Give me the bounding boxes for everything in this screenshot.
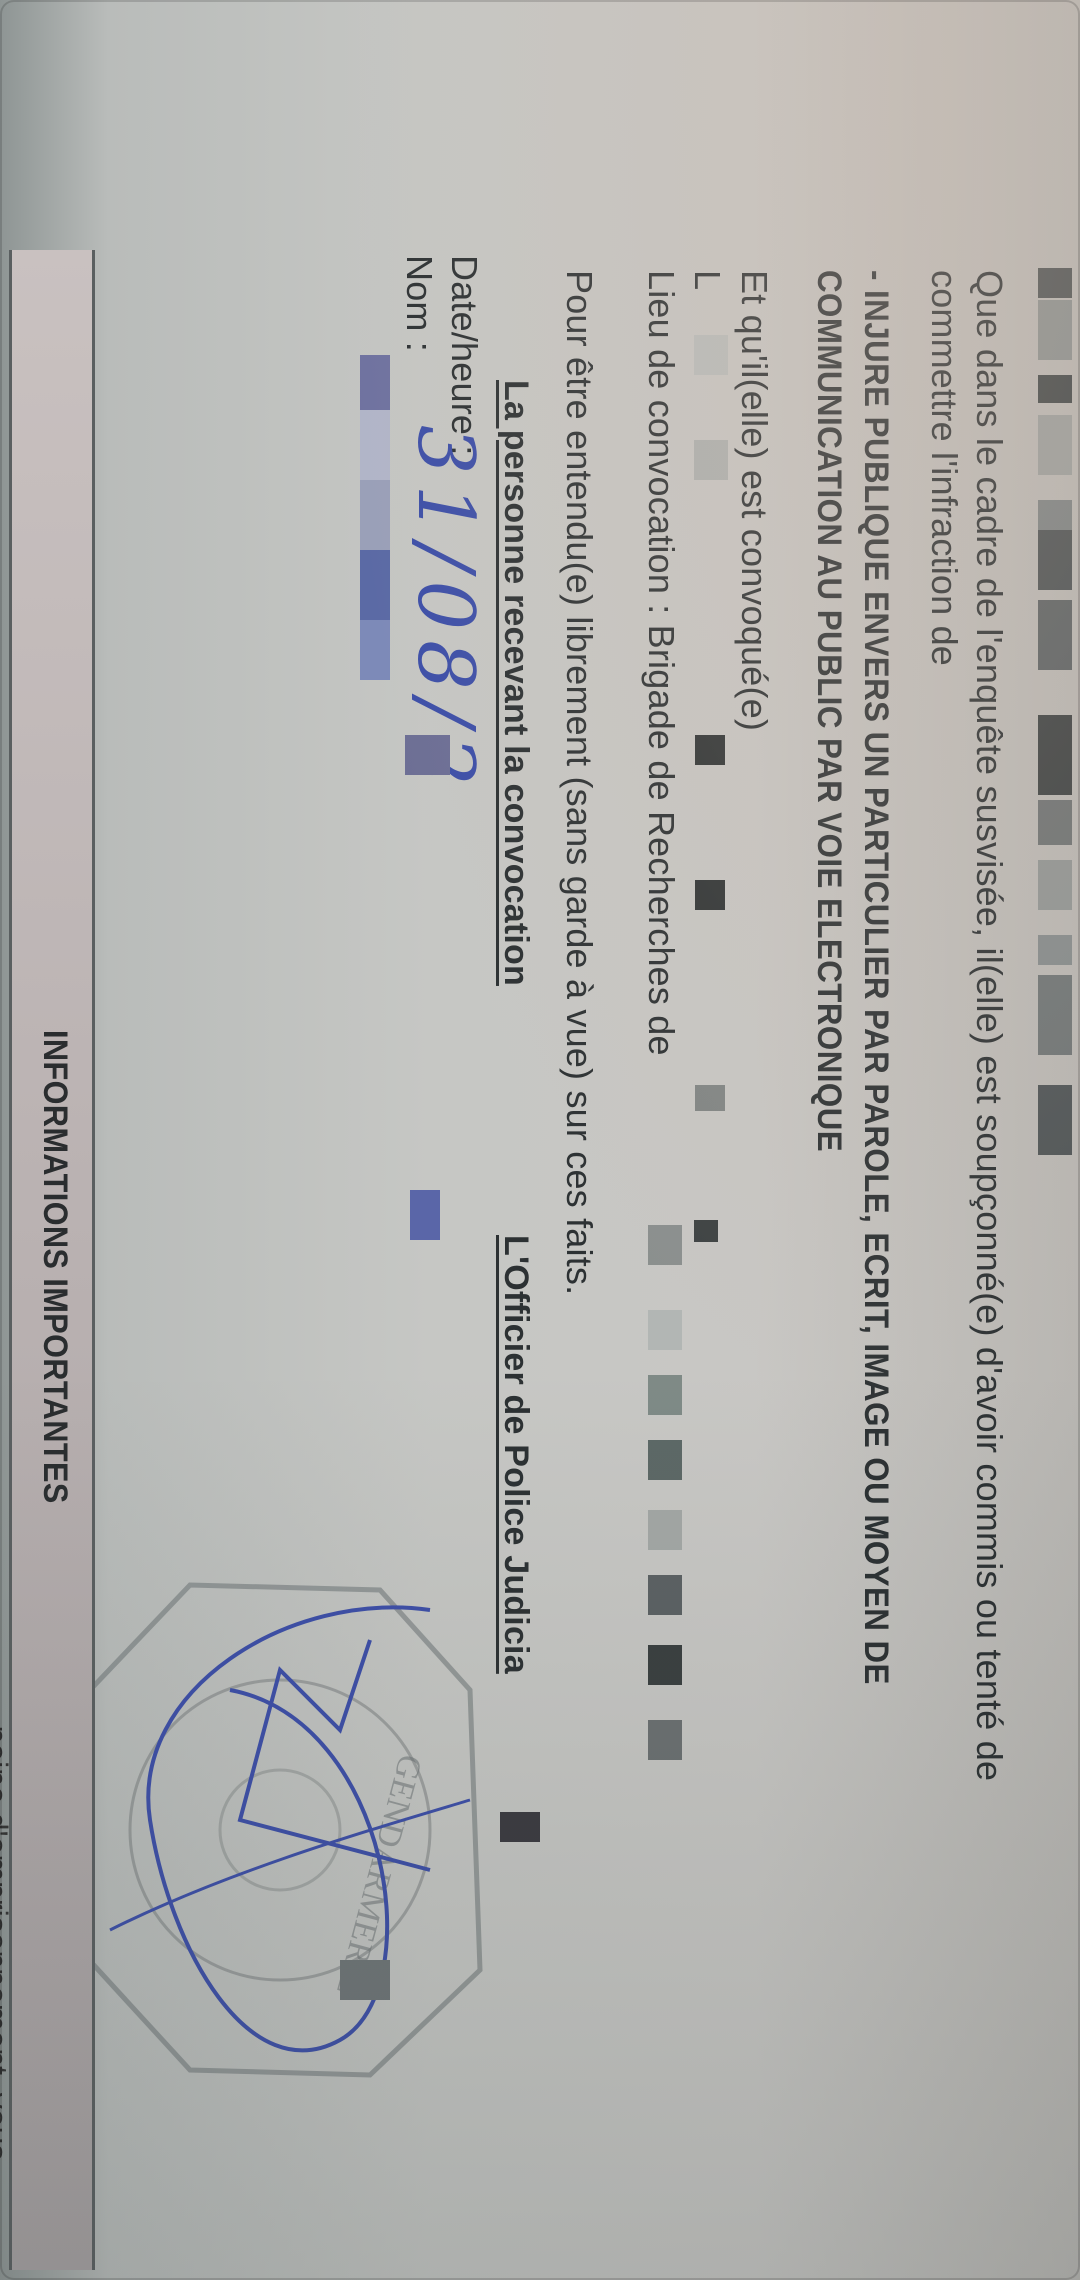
redacted-time xyxy=(410,1190,440,1240)
redacted-officer-suffix xyxy=(500,1812,540,1842)
recipient-heading: La personne recevant la convocation xyxy=(496,380,535,986)
location-value: Brigade de Recherches de xyxy=(641,625,682,1056)
gendarmerie-stamp-and-signature: GENDARMERIE xyxy=(70,1570,490,2090)
location-label-text: Lieu de convocation : xyxy=(641,270,682,614)
name-label: Nom : xyxy=(398,255,440,352)
cut-off-text: ... peine d'emprisonnement, vous xyxy=(0,1690,14,2160)
location-label: Lieu de convocation : Brigade de Recherc… xyxy=(640,270,682,1056)
section-banner-title: INFORMATIONS IMPORTANTES xyxy=(35,1030,74,1504)
offence-line-1: - INJURE PUBLIQUE ENVERS UN PARTICULIER … xyxy=(856,270,895,1685)
offence-line-2: COMMUNICATION AU PUBLIC PAR VOIE ELECTRO… xyxy=(809,270,848,1152)
section-banner: INFORMATIONS IMPORTANTES xyxy=(9,250,95,2270)
paragraph-line-2: commettre l'infraction de xyxy=(923,270,965,666)
summons-date-prefix: L xyxy=(686,270,728,290)
summons-intro: Et qu'il(elle) est convoqué(e) xyxy=(733,270,775,731)
rotated-document-page: Que dans le cadre de l'enquête susvisée,… xyxy=(0,0,1080,2280)
redacted-datetime-end xyxy=(405,735,450,775)
paragraph-line-1: Que dans le cadre de l'enquête susvisée,… xyxy=(968,270,1010,1781)
officer-heading: L'Officier de Police Judicia xyxy=(496,1235,535,1674)
redacted-stamp-text xyxy=(340,1960,390,2000)
hearing-statement: Pour être entendu(e) librement (sans gar… xyxy=(558,270,600,1295)
